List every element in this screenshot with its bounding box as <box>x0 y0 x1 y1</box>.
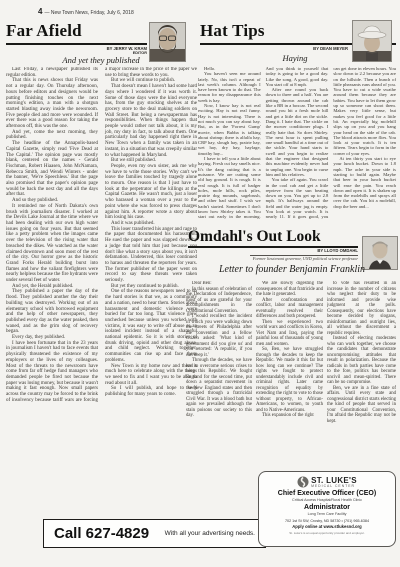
page-number: 4 <box>38 7 42 16</box>
paragraph: People, even my own sister, ask me why w… <box>105 164 197 221</box>
paragraph: The headline of the Annapolis-based Capi… <box>6 141 98 198</box>
far-afield-headline: And yet they published <box>6 55 196 65</box>
hat-tips-title: Hat Tips <box>200 21 265 41</box>
paragraph: Then we experienced two world wars and c… <box>256 320 323 348</box>
paragraph: Now, I know hay is not real exciting. Ha… <box>198 103 261 156</box>
omdahl-byline: BY LLOYD OMDAHL <box>210 248 358 253</box>
paragraph: One of the reasons newspapers need to do… <box>105 289 197 363</box>
paragraph: This loser transferred his anger and rag… <box>105 227 197 284</box>
stlukes-job1-subtitle: Critical Access Hospital/Rural Health Cl… <box>262 498 392 502</box>
paragraph: After confrontation and conflict, labor … <box>256 298 323 320</box>
far-afield-text: Last Friday, a newspaper published its r… <box>6 67 197 516</box>
paragraph: So, Ben, we have struggled through the d… <box>256 347 323 413</box>
omdahl-column-b: We are slowly digesting the consequences… <box>256 281 323 467</box>
call-advertising-ad: Call 627-4829 With all your advertising … <box>43 519 266 548</box>
stlukes-job1-title: Chief Executive Officer (CEO) <box>262 490 392 497</box>
stlukes-logo-row: ST. LUKE'S MEDICAL CENTER <box>262 476 392 488</box>
omdahl-column-c: to vote has resulted in an increase in t… <box>327 281 396 457</box>
hat-tips-text: Hello.You haven't seen me around lately.… <box>198 66 396 228</box>
paragraph: That doesn't mean I haven't had some har… <box>105 84 197 158</box>
stlukes-eoe-line: St. Luke's is an equal opportunity provi… <box>262 531 392 535</box>
paragraph: We are slowly digesting the consequences… <box>256 281 323 298</box>
stlukes-apply-line: Apply online at www.stlukesnd.org <box>262 524 392 529</box>
paragraph: After one round you back down to three a… <box>266 87 329 177</box>
st-lukes-logo-icon <box>297 476 309 488</box>
stlukes-job2-subtitle: Long Term Care Facility <box>262 512 392 516</box>
paragraph: New Town is my home now and there is muc… <box>105 364 197 387</box>
paragraph: I would recollect the incident in which … <box>186 314 252 358</box>
paragraph: You haven't seen me around lately. No, t… <box>198 71 261 103</box>
omdahl-title: Omdahl's Out Look <box>188 228 321 246</box>
stlukes-address: 702 1st St SW, Crosby, ND 58730 • (701) … <box>262 519 392 523</box>
paragraph: At ten thirty you start to eye your lunc… <box>333 156 396 209</box>
stlukes-org-subname: MEDICAL CENTER <box>311 484 357 488</box>
paragraph: Through the decades, we have had to over… <box>186 358 252 419</box>
paragraph: Instead of electing moderates who can wo… <box>327 336 396 386</box>
omdahl-column-a: Dear Ben:In this season of celebration o… <box>186 281 252 518</box>
paragraph: And yet, come the next morning, they pub… <box>6 130 98 141</box>
hat-tips-byline: BY DEAN MEYER <box>200 46 348 51</box>
far-afield-rule <box>6 43 147 45</box>
omdahl-subtitle: Former lieutenant governor, UND politica… <box>186 256 358 261</box>
masthead-text: — New Town News, Friday, July 6, 2018 <box>44 10 133 16</box>
paragraph: So I will publish, and hope to keep publ… <box>105 386 197 397</box>
paragraph: In this season of celebration of the Dec… <box>186 287 252 315</box>
stlukes-job2-title: Administrator <box>262 504 392 511</box>
paragraph: Last Friday, a newspaper published its r… <box>6 67 98 78</box>
paragraph: Ben, we are in a fine state of affairs. … <box>327 386 396 425</box>
paragraph: to vote has resulted in an increase in t… <box>327 281 396 336</box>
stlukes-job-ad: ST. LUKE'S MEDICAL CENTER Chief Executiv… <box>258 471 396 547</box>
newspaper-page: 4 — New Town News, Friday, July 6, 2018 … <box>0 0 400 567</box>
far-afield-title: Far Afield <box>6 21 82 41</box>
call-ad-phone: Call 627-4829 <box>54 525 149 542</box>
paragraph: This expansion of the right <box>256 413 323 419</box>
paragraph: That this is news shows that Friday was … <box>6 78 98 129</box>
paragraph: It reminded me of North Dakota's own bru… <box>6 204 98 284</box>
masthead: 4 — New Town News, Friday, July 6, 2018 <box>38 7 134 16</box>
hat-tips-headline: Haying <box>200 53 390 63</box>
paragraph: They published a paper the day of the fl… <box>6 289 98 335</box>
call-ad-tagline: With all your advertising needs. <box>165 530 255 537</box>
omdahl-headline: Letter to founder Benjamin Franklin <box>186 264 398 275</box>
